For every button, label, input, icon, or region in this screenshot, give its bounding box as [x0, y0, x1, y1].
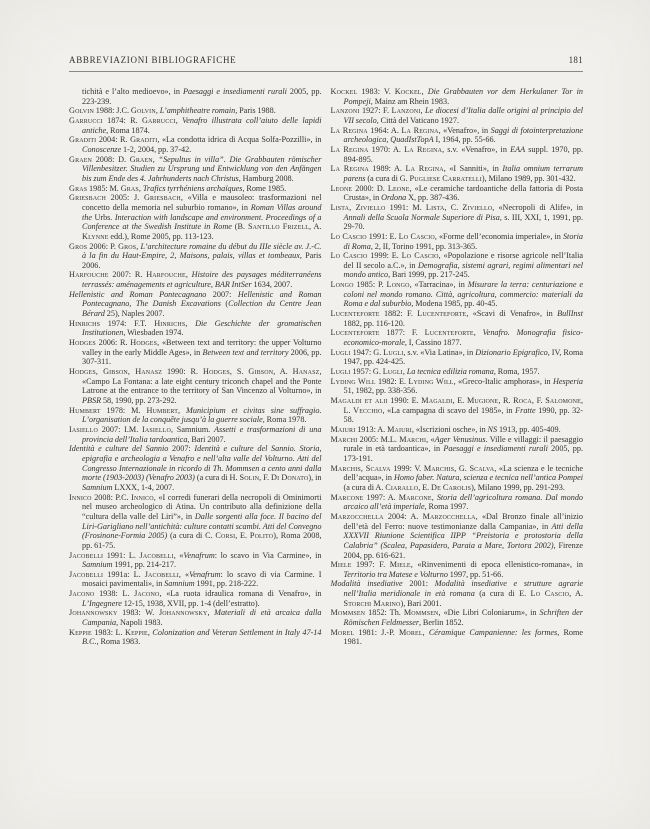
text-segment: , « — [426, 435, 434, 444]
text-segment: 1983: W. — [118, 608, 159, 617]
text-segment: , — [474, 328, 483, 337]
text-segment: 1947: G. — [351, 348, 384, 357]
text-segment: , «I Sanniti», in — [444, 164, 503, 173]
text-segment: (a cura di H. — [195, 473, 240, 482]
text-segment: , E. — [418, 483, 431, 492]
text-segment: Marchis — [424, 464, 454, 473]
text-segment: 1991, pp. 214-217. — [112, 560, 176, 569]
text-segment: 1927: F. — [360, 106, 392, 115]
text-segment: 2006: P. — [87, 242, 118, 251]
text-segment: , S. — [230, 367, 249, 376]
text-segment: Iasiello — [142, 425, 171, 434]
text-segment: , «Scavi di Venafro», in — [466, 309, 557, 318]
bib-entry: Hinrichs 1974: F.T. Hinrichs, Die Geschi… — [69, 319, 322, 338]
text-segment: 2007: — [206, 290, 237, 299]
bib-entry: Hodges, Gibson, Hanasz 1990: R. Hodges, … — [69, 367, 322, 406]
text-segment: , Roma, 1957. — [494, 367, 540, 376]
text-segment: , F. — [259, 473, 271, 482]
bib-entry: Marchi 2005: M.L. Marchi, «Ager Venusinu… — [331, 435, 584, 464]
text-segment: Mugione — [467, 396, 498, 405]
text-segment: Jacobelli — [69, 570, 103, 579]
text-segment: Marzocchella — [423, 512, 476, 521]
text-segment: Mommsen — [404, 608, 439, 617]
text-segment: De Carolis — [431, 483, 471, 492]
text-segment: Lugli — [331, 367, 351, 376]
text-segment: 1985: M. — [87, 184, 121, 193]
bib-entry: Lugli 1957: G. Lugli, La tecnica edilizi… — [331, 367, 584, 377]
text-segment: , s.v. «Venafro», in — [442, 145, 510, 154]
text-segment: 1978: M. — [101, 406, 147, 415]
text-segment: , «Iscrizioni osche», in — [412, 425, 488, 434]
text-segment: 51, 1982, pp. 338-356. — [344, 386, 418, 395]
text-segment: 1983: V. — [357, 87, 394, 96]
text-segment: 1991: M. — [385, 203, 425, 212]
text-segment: 2007: I.M. — [98, 425, 142, 434]
text-segment: PBSR — [82, 396, 101, 405]
bib-entry: Morel 1981: J.-P. Morel, Céramique Campa… — [331, 628, 584, 647]
bib-entry: Marcone 1997: A. Marcone, Storia dell’ag… — [331, 493, 584, 512]
text-segment: Samnium — [164, 579, 194, 588]
text-segment: 25), Naples 2007. — [105, 309, 165, 318]
text-segment: Marchis, Scalva — [331, 464, 391, 473]
text-segment: Morel — [399, 628, 423, 637]
text-segment: Hodges — [203, 367, 230, 376]
text-segment: Hesperia — [553, 377, 583, 386]
text-segment: Urbs — [94, 213, 110, 222]
text-segment: Miele — [331, 560, 352, 569]
text-segment: , Roma 1874. — [106, 126, 150, 135]
bib-entry: tichità e l’alto medioevo», in Paesaggi … — [69, 87, 322, 106]
text-segment: , I, Cassino 1877. — [405, 338, 462, 347]
bib-entry: Hellenistic and Roman Pontecagnano 2007:… — [69, 290, 322, 319]
text-segment: 1874: R. — [103, 116, 142, 125]
text-segment: , E. — [235, 531, 250, 540]
text-segment: Santillo Frizell — [248, 222, 309, 231]
text-segment: 58, 1990, pp. 273-292. — [101, 396, 177, 405]
text-segment: Innico — [69, 493, 92, 502]
text-segment: Storchi Marino — [344, 599, 401, 608]
text-segment: Hanasz — [293, 367, 320, 376]
bib-entry: Lucenteforte 1882: F. Lucenteforte, «Sca… — [331, 309, 584, 328]
text-segment: , — [185, 319, 195, 328]
text-segment: 1882: F. — [380, 309, 418, 318]
text-segment: 1999: E. — [367, 251, 401, 260]
text-segment: Conoscenze — [82, 145, 121, 154]
bib-entry: Lyding Will 1982: E. Lyding Will, «Greco… — [331, 377, 584, 396]
text-segment: 2000: D. — [352, 184, 388, 193]
text-segment: Lo Cascio — [331, 232, 367, 241]
text-segment: LXXX, 1-4, 2007. — [112, 483, 174, 492]
text-segment: Samnium — [82, 483, 112, 492]
text-segment: , Roma 1997. — [425, 502, 469, 511]
text-segment: NS — [488, 425, 498, 434]
bib-entry: Jacono 1938: L. Jacono, «La ruota idraul… — [69, 589, 322, 608]
text-segment: , «Forme dell’economia imperiale», in — [435, 232, 563, 241]
text-segment: , «La condotta idrica di Acqua Solfa-Poz… — [157, 135, 321, 144]
text-segment: Lo Cascio — [402, 251, 439, 260]
text-segment: Homo faber. Natura, scienza e tecnica ne… — [394, 473, 583, 482]
text-segment: 1974: F.T. — [100, 319, 154, 328]
text-segment: Maiuri — [331, 425, 356, 434]
text-segment: 1997: F. — [352, 560, 390, 569]
text-segment: L’Ingegnere — [82, 599, 122, 608]
text-segment: , « — [174, 551, 184, 560]
text-segment: Lanzoni — [331, 106, 360, 115]
text-segment: Hinrichs — [69, 319, 100, 328]
text-segment: La Regina — [404, 145, 442, 154]
text-segment: 1997: A. — [364, 493, 399, 502]
text-segment: , Hamburg 2008. — [239, 174, 294, 183]
text-segment: Ager Venusinus — [435, 435, 486, 444]
text-segment: EAA — [510, 145, 525, 154]
text-segment: , G. — [454, 464, 469, 473]
running-head: ABBREVIAZIONI BIBLIOGRAFICHE 181 — [69, 55, 583, 65]
text-segment: , Rome 1985. — [242, 184, 286, 193]
text-segment: , E. — [453, 396, 467, 405]
text-segment: Longo — [387, 280, 410, 289]
text-segment: I, 1964, pp. 55-66. — [434, 135, 496, 144]
text-segment: Di Donato — [271, 473, 308, 482]
text-segment: 1877: F. — [380, 328, 425, 337]
text-segment: Keppie — [69, 628, 92, 637]
text-segment: 2007: R. — [109, 270, 147, 279]
text-segment: Lyding Will — [408, 377, 453, 386]
bib-entry: Modalità insediative 2001: Modalità inse… — [331, 579, 584, 608]
bib-entry: Iasiello 2007: I.M. Iasiello, Samnium. A… — [69, 425, 322, 444]
text-segment: Morel — [331, 628, 355, 637]
text-segment: Lanzoni — [391, 106, 420, 115]
text-segment: Annali della Scuola Normale Superiore di… — [344, 213, 500, 222]
bibliography-column-right: Kockel 1983: V. Kockel, Die Grabbauten v… — [331, 87, 584, 647]
bib-entry: Leone 2000: D. Leone, «Le ceramiche tard… — [331, 184, 584, 203]
text-segment: Jacono — [134, 589, 159, 598]
text-segment: Humbert — [69, 406, 101, 415]
text-segment: tichità e l’alto medioevo», in — [82, 87, 183, 96]
text-segment: 1985: P. — [354, 280, 387, 289]
text-segment: , A. — [569, 589, 583, 598]
text-segment: Corsi — [215, 531, 235, 540]
text-segment: Lugli — [331, 348, 351, 357]
text-segment: (a cura di C. — [167, 531, 215, 540]
text-segment: 1982: E. — [376, 377, 409, 386]
text-segment: 1990: E. — [388, 396, 422, 405]
text-segment: Griesbach — [144, 193, 181, 202]
text-segment: 2001: — [403, 579, 435, 588]
text-segment: 1957: G. — [351, 367, 383, 376]
bib-entry: Griesbach 2005: J. Griesbach, «Villa e m… — [69, 193, 322, 241]
bib-entry: Identità e culture del Sannio 2007: Iden… — [69, 444, 322, 492]
text-segment: Lo Cascio — [399, 232, 435, 241]
bib-entry: Johannowsky 1983: W. Johannowsky, Materi… — [69, 608, 322, 627]
text-segment: Garrucci — [142, 116, 176, 125]
text-segment: , — [178, 406, 186, 415]
text-segment: Lucenteforte — [425, 328, 474, 337]
bib-entry: Graditi 2004: R. Graditi, «La condotta i… — [69, 135, 322, 154]
bib-entry: Keppie 1983: L. Keppie, Colonization and… — [69, 628, 322, 647]
text-segment: Hodges, Gibson, Hanasz — [69, 367, 162, 376]
text-segment: Graditi — [69, 135, 96, 144]
text-segment: 1988: J.C. — [94, 106, 131, 115]
text-segment: Céramique Campanienne: les formes — [429, 628, 557, 637]
text-segment: , A. — [273, 367, 292, 376]
text-segment: Ordona — [381, 193, 406, 202]
text-segment: Graen — [130, 155, 153, 164]
text-segment: , «Tarracina», in — [410, 280, 468, 289]
text-segment: Vecchio — [353, 406, 382, 415]
text-segment: Hinrichs — [154, 319, 185, 328]
text-segment: Maiuri — [387, 425, 412, 434]
text-segment: Lucenteforte — [331, 328, 380, 337]
text-segment: Lyding Will — [331, 377, 376, 386]
text-segment: 2008: D. — [92, 155, 130, 164]
bib-entry: Lucenteforte 1877: F. Lucenteforte, Vena… — [331, 328, 584, 347]
text-segment: 2004: R. — [96, 135, 130, 144]
text-segment: Kockel — [395, 87, 422, 96]
bib-entry: Harfouche 2007: R. Harfouche, Histoire d… — [69, 270, 322, 289]
text-segment: 2005: M.L. — [357, 435, 399, 444]
text-segment: , «Die Libri Coloniarum», in — [439, 608, 540, 617]
text-segment: Harfouche — [69, 270, 109, 279]
text-segment: Lista, Ziviello — [331, 203, 386, 212]
text-segment: La tecnica edilizia romana — [407, 367, 494, 376]
text-segment: Graen — [69, 155, 92, 164]
text-segment: 1852: Th. — [365, 608, 404, 617]
text-segment: Gros — [118, 242, 136, 251]
text-segment: 1981: J.-P. — [354, 628, 399, 637]
text-segment: , «Necropoli di Alife», in — [492, 203, 583, 212]
text-segment: Ciarallo — [385, 483, 418, 492]
text-segment: Golvin — [69, 106, 94, 115]
text-segment: Lugli — [383, 348, 403, 357]
text-segment: , «La campagna di scavo del 1985», in — [382, 406, 515, 415]
text-segment: Lo Cascio — [531, 589, 570, 598]
text-segment: Polito — [250, 531, 273, 540]
bib-entry: Miele 1997: F. Miele, «Rinvenimenti di e… — [331, 560, 584, 579]
bib-entry: Marchis, Scalva 1999: V. Marchis, G. Sca… — [331, 464, 584, 493]
text-segment: , Città del Vaticano 1927. — [377, 116, 459, 125]
bib-entry: Maiuri 1913: A. Maiuri, «Iscrizioni osch… — [331, 425, 584, 435]
bib-entry: La Regina 1970: A. La Regina, s.v. «Vena… — [331, 145, 584, 164]
text-segment: 1997, pp. 51-66. — [448, 570, 503, 579]
text-segment: Venafrum — [183, 551, 214, 560]
text-segment: La Regina — [331, 126, 368, 135]
text-segment: , Modena 1985, pp. 40-45. — [411, 299, 497, 308]
text-segment: Jacobelli — [140, 551, 174, 560]
text-segment: Keppie — [125, 628, 148, 637]
text-segment: Marchi — [399, 435, 426, 444]
text-segment: 1991: E. — [367, 232, 399, 241]
text-segment: Innico — [131, 493, 154, 502]
text-segment: 1989: A. — [369, 164, 406, 173]
text-segment: Trafics tyrrhéniens archaïques — [143, 184, 243, 193]
text-segment: La Regina — [331, 164, 369, 173]
text-segment: La Regina — [331, 145, 369, 154]
bib-entry: Mommsen 1852: Th. Mommsen, «Die Libri Co… — [331, 608, 584, 627]
text-segment: 1991a: L. — [103, 570, 145, 579]
text-segment: Klynne — [82, 232, 109, 241]
text-segment: : lo scavo in Via Carmine», in — [215, 551, 322, 560]
text-segment: 2006: R. — [96, 338, 130, 347]
text-segment: L’amphitheatre romain — [160, 106, 236, 115]
text-segment: Gros — [69, 242, 87, 251]
text-segment: ), in — [308, 473, 321, 482]
bib-entry: Lanzoni 1927: F. Lanzoni, Le diocesi d’I… — [331, 106, 584, 125]
bib-entry: Lugli 1947: G. Lugli, s.v. «Via Latina»,… — [331, 348, 584, 367]
text-segment: , Mainz am Rhein 1983. — [371, 97, 449, 106]
text-segment: 2008: P.C. — [92, 493, 132, 502]
text-segment: Identità e culture del Sannio — [69, 444, 168, 453]
bib-entry: Longo 1985: P. Longo, «Tarracina», in Mi… — [331, 280, 584, 309]
bib-entry: Garrucci 1874: R. Garrucci, Venafro illu… — [69, 116, 322, 135]
text-segment: , «Greco-Italic amphoras», in — [454, 377, 553, 386]
text-segment: Leone — [331, 184, 353, 193]
text-segment: 1938: L. — [94, 589, 134, 598]
text-segment: , 2, II, Torino 1991, pp. 313-365. — [371, 242, 477, 251]
text-segment: ), Milano 1999, pp. 291-293. — [471, 483, 565, 492]
text-segment: Marzocchella — [331, 512, 384, 521]
bib-entry: Golvin 1988: J.C. Golvin, L’amphitheatre… — [69, 106, 322, 116]
running-head-title: ABBREVIAZIONI BIBLIOGRAFICHE — [69, 55, 236, 65]
text-segment: 1970: A. — [368, 145, 404, 154]
text-segment: Johannowsky — [69, 608, 118, 617]
text-segment: , «Venafro», in — [439, 126, 491, 135]
text-segment: Fratte — [515, 406, 535, 415]
text-segment: Territorio tra Matese e Volturno — [344, 570, 448, 579]
bib-entry: Lista, Ziviello 1991: M. Lista, C. Zivie… — [331, 203, 584, 232]
text-segment: , A. — [309, 222, 321, 231]
text-segment: , Napoli 1983. — [116, 618, 162, 627]
text-segment: 2007: — [168, 444, 194, 453]
text-segment: Magaldi et alii — [331, 396, 388, 405]
bib-entry: Lo Cascio 1991: E. Lo Cascio, «Forme del… — [331, 232, 584, 251]
scanned-book-page: ABBREVIAZIONI BIBLIOGRAFICHE 181 tichità… — [0, 0, 650, 829]
text-segment: 1991: L. — [103, 551, 139, 560]
text-segment: 1634, 2007. — [252, 280, 293, 289]
bib-entry: Kockel 1983: V. Kockel, Die Grabbauten v… — [331, 87, 584, 106]
text-segment: Venafrum — [189, 570, 220, 579]
text-segment: , R. — [498, 396, 513, 405]
text-segment: , Paris 1988. — [235, 106, 276, 115]
text-segment: Marchi — [331, 435, 358, 444]
text-segment: Roca — [513, 396, 532, 405]
text-segment: 1882, pp. 116-120. — [344, 319, 405, 328]
text-segment: Magaldi — [421, 396, 452, 405]
text-segment: , F. — [532, 396, 545, 405]
bib-entry: Humbert 1978: M. Humbert, Municipium et … — [69, 406, 322, 425]
text-segment: Iasiello — [69, 425, 98, 434]
text-segment: Leone — [388, 184, 410, 193]
text-segment: Dizionario Epigrafico — [475, 348, 548, 357]
text-segment: , «La ruota idraulica romana di Venafro»… — [160, 589, 322, 598]
text-segment: Marcone — [331, 493, 364, 502]
text-segment: (a cura di G. — [365, 174, 409, 183]
text-segment: 1999: V. — [391, 464, 424, 473]
text-segment: Hodges — [130, 338, 157, 347]
text-segment: Lucenteforte — [331, 309, 380, 318]
text-segment: Salomone — [545, 396, 581, 405]
text-segment: edd.), Rome 2005, pp. 113-123. — [109, 232, 214, 241]
text-segment: , Bari 2007. — [187, 435, 225, 444]
text-segment: , Roma 1983. — [97, 637, 141, 646]
text-segment: , Berlin 1852. — [419, 618, 464, 627]
text-segment: Garrucci — [69, 116, 103, 125]
text-segment: Griesbach — [69, 193, 106, 202]
text-segment: , Samnium. — [171, 425, 214, 434]
text-segment: Solin — [239, 473, 259, 482]
text-segment: Marcone — [399, 493, 432, 502]
text-segment: 1990: R. — [162, 367, 203, 376]
text-segment: Kockel — [331, 87, 358, 96]
text-segment: ), Bari 2001. — [401, 599, 442, 608]
bib-entry: Innico 2008: P.C. Innico, «I corredi fun… — [69, 493, 322, 551]
text-segment: Lista — [426, 203, 445, 212]
bib-entry: Jacobelli 1991a: L. Jacobelli, «Venafrum… — [69, 570, 322, 589]
text-segment: Jacono — [69, 589, 94, 598]
text-segment: , s.v. «Via Latina», in — [403, 348, 475, 357]
text-segment: Graditi — [130, 135, 157, 144]
text-segment: Samnium — [82, 560, 112, 569]
bib-entry: Jacobelli 1991: L. Jacobelli, «Venafrum:… — [69, 551, 322, 570]
text-segment: ), Milano 1989, pp. 301-432. — [482, 174, 576, 183]
text-segment: (B. — [232, 222, 248, 231]
text-segment: 1913, pp. 405-409. — [497, 425, 561, 434]
text-segment: Hodges — [69, 338, 96, 347]
text-segment: Jacobelli — [69, 551, 103, 560]
text-segment: Ziviello — [462, 203, 492, 212]
text-segment: Lucenteforte — [417, 309, 466, 318]
text-segment: , «Rinvenimenti di epoca ellenistico-rom… — [411, 560, 583, 569]
text-segment: , « — [179, 570, 189, 579]
text-segment: , Wiesbaden 1974. — [123, 328, 183, 337]
text-segment: BullInst — [557, 309, 583, 318]
text-segment: Paesaggi e insediamenti rurali — [183, 87, 287, 96]
text-segment: (a cura di E. — [475, 589, 531, 598]
text-segment: Between text and territory — [202, 348, 288, 357]
bib-entry: Magaldi et alii 1990: E. Magaldi, E. Mug… — [331, 396, 584, 425]
text-segment: X, pp. 387-436. — [406, 193, 459, 202]
text-segment: La Regina — [405, 164, 443, 173]
text-segment: 1913: A. — [355, 425, 387, 434]
text-segment: Humbert — [146, 406, 178, 415]
text-segment: 2004: A. — [384, 512, 423, 521]
text-segment: , Bari 1999, pp. 217-245. — [388, 270, 470, 279]
text-segment: Paesaggi e insediamenti rurali — [443, 444, 548, 453]
text-segment: , C. — [445, 203, 463, 212]
text-segment: Golvin — [131, 106, 156, 115]
text-segment: 1983: L. — [92, 628, 125, 637]
text-segment: 2005: J. — [106, 193, 144, 202]
text-segment: Harfouche — [146, 270, 186, 279]
bib-entry: Marzocchella 2004: A. Marzocchella, «Dal… — [331, 512, 584, 560]
text-segment: Lugli — [383, 367, 403, 376]
text-segment: 12-15, 1938, XVII, pp. 1-4 (dell’estratt… — [122, 599, 260, 608]
text-segment: Miele — [390, 560, 411, 569]
text-segment: Mommsen — [331, 608, 366, 617]
text-segment: Gibson — [248, 367, 273, 376]
text-segment: (a cura di A. — [344, 483, 386, 492]
text-segment: Lo Cascio — [331, 251, 368, 260]
bib-entry: Graen 2008: D. Graen, “Sepultus in villa… — [69, 155, 322, 184]
text-segment: 1991, pp. 218-222. — [195, 579, 259, 588]
text-segment: Longo — [331, 280, 354, 289]
text-segment: 1964: A. — [368, 126, 402, 135]
text-segment: Johannowsky — [159, 608, 208, 617]
text-segment: La Regina — [401, 126, 438, 135]
text-segment: Gras — [121, 184, 139, 193]
bibliography-body: tichità e l’alto medioevo», in Paesaggi … — [69, 87, 583, 647]
header-rule — [69, 71, 583, 72]
page-number: 181 — [569, 55, 583, 65]
